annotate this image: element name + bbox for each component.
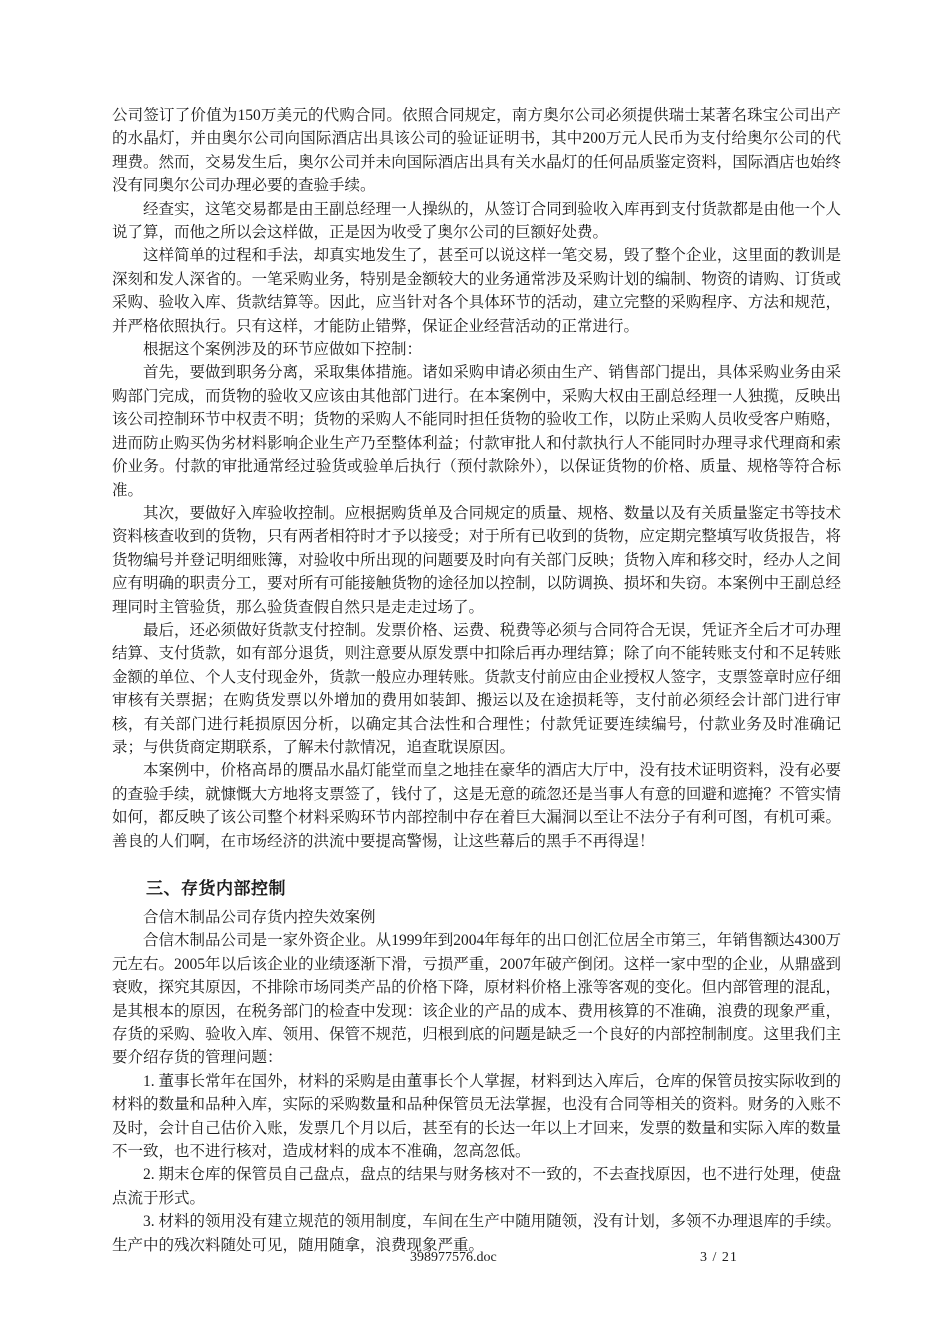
paragraph: 这样简单的过程和手法，却真实地发生了，甚至可以说这样一笔交易，毁了整个企业，这里… bbox=[112, 244, 841, 338]
paragraph-case-summary: 本案例中，价格高昂的赝品水晶灯能堂而皇之地挂在豪华的酒店大厅中，没有技术证明资料… bbox=[112, 759, 841, 853]
section-heading-inventory-internal-control: 三、存货内部控制 bbox=[112, 876, 841, 901]
document-body: 公司签订了价值为150万美元的代购合同。依照合同规定，南方奥尔公司必须提供瑞士某… bbox=[112, 104, 841, 1257]
paragraph-case-title: 合信木制品公司存货内控失效案例 bbox=[112, 906, 841, 929]
paragraph-case-background: 合信木制品公司是一家外资企业。从1999年到2004年每年的出口创汇位居全市第三… bbox=[112, 929, 841, 1069]
paragraph-continuation: 公司签订了价值为150万美元的代购合同。依照合同规定，南方奥尔公司必须提供瑞士某… bbox=[112, 104, 841, 198]
footer-page-number: 3 / 21 bbox=[700, 1249, 738, 1267]
paragraph-last-control: 最后，还必须做好货款支付控制。发票价格、运费、税费等必须与合同符合无误，凭证齐全… bbox=[112, 619, 841, 759]
footer-filename: 398977576.doc bbox=[410, 1249, 497, 1267]
paragraph-second-control: 其次，要做好入库验收控制。应根据购货单及合同规定的质量、规格、数量以及有关质量鉴… bbox=[112, 502, 841, 619]
paragraph: 经查实，这笔交易都是由王副总经理一人操纵的，从签订合同到验收入库再到支付货款都是… bbox=[112, 198, 841, 245]
paragraph: 根据这个案例涉及的环节应做如下控制： bbox=[112, 338, 841, 361]
paragraph-list-item-2: 2. 期末仓库的保管员自己盘点，盘点的结果与财务核对不一致的，不去查找原因，也不… bbox=[112, 1163, 841, 1210]
document-page: 公司签订了价值为150万美元的代购合同。依照合同规定，南方奥尔公司必须提供瑞士某… bbox=[0, 0, 950, 1344]
page-footer: 398977576.doc 3 / 21 bbox=[112, 1249, 841, 1271]
paragraph-first-control: 首先，要做到职务分离，采取集体措施。诸如采购申请必须由生产、销售部门提出，具体采… bbox=[112, 361, 841, 501]
paragraph-list-item-1: 1. 董事长常年在国外，材料的采购是由董事长个人掌握，材料到达入库后，仓库的保管… bbox=[112, 1070, 841, 1164]
